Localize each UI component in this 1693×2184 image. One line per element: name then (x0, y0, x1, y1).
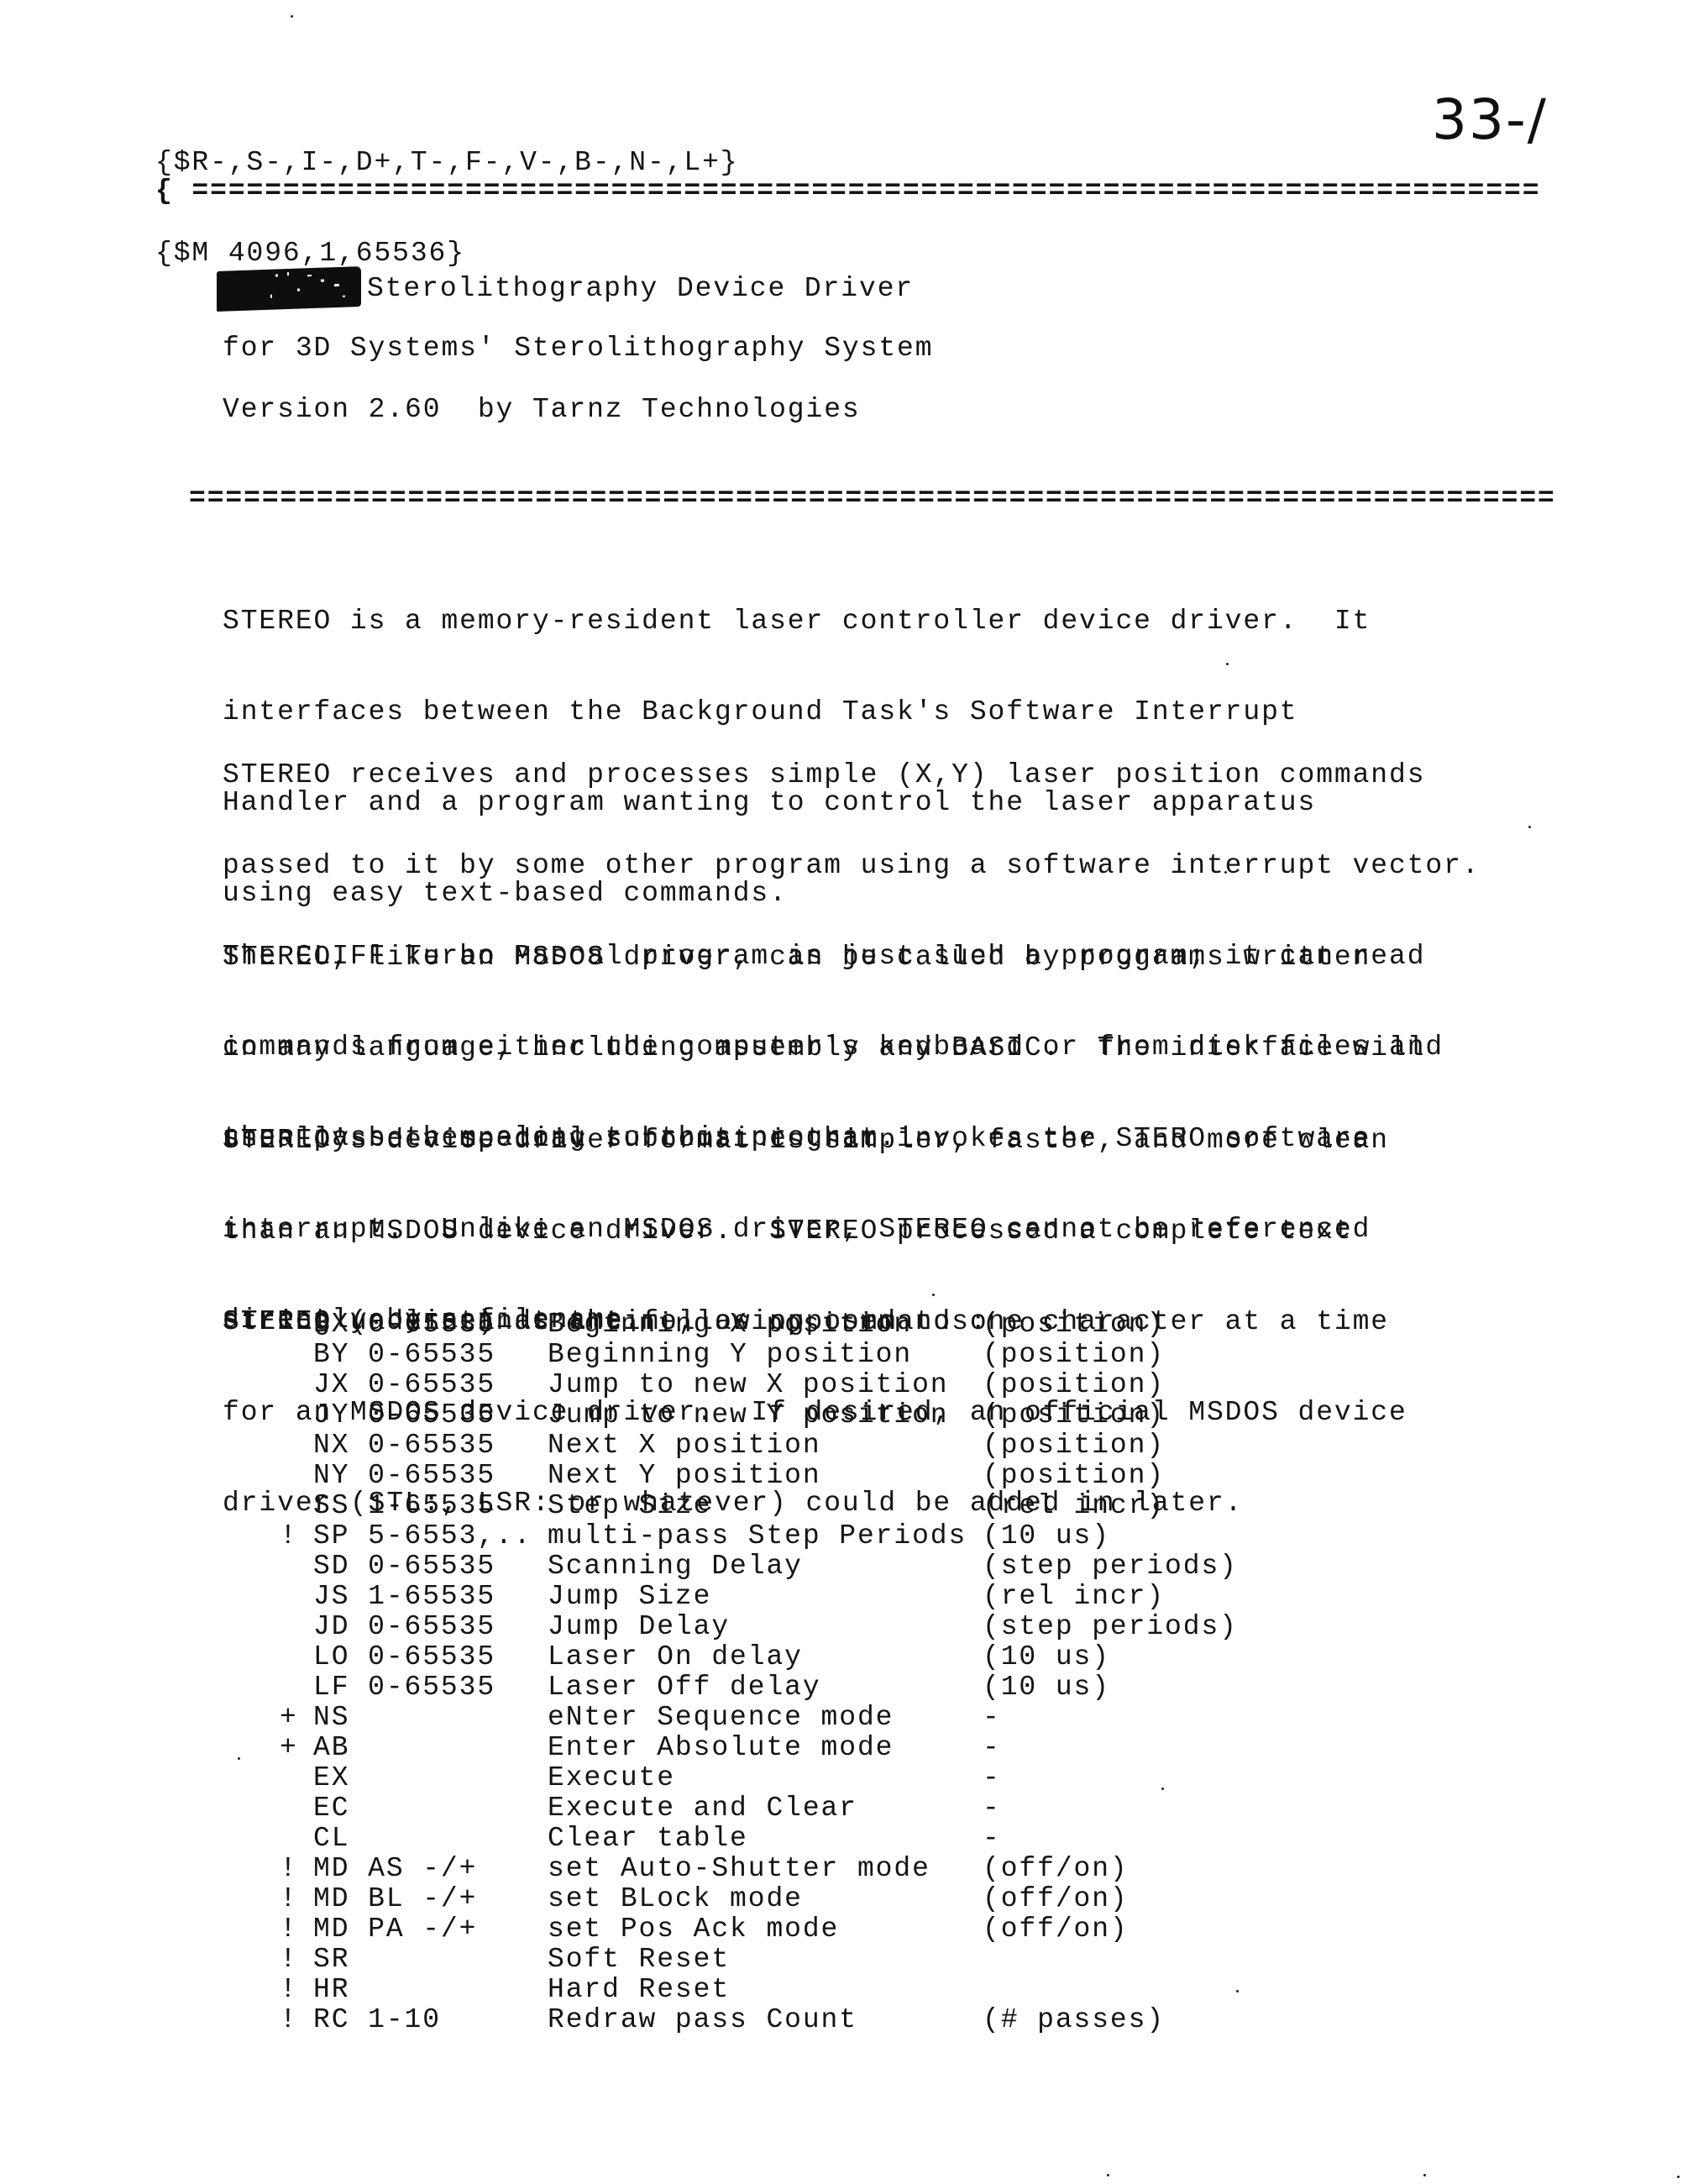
command-code: CL (313, 1824, 349, 1854)
command-description: set Pos Ack mode (548, 1914, 839, 1945)
command-unit: (# passes) (983, 2005, 1165, 2035)
paragraph-line: than an MSDOS device driver. STEREO proc… (223, 1216, 1407, 1247)
command-description: Soft Reset (548, 1945, 730, 1975)
command-code: LO 0-65535 (313, 1642, 495, 1672)
command-unit: - (983, 1763, 1001, 1793)
command-unit: (step periods) (983, 1551, 1238, 1582)
paragraph-line: STEREO, like an MSDOS driver, can be cal… (223, 942, 1425, 973)
command-description: Next Y position (548, 1461, 821, 1491)
command-code: EX (313, 1763, 349, 1793)
scan-speck (1677, 2176, 1680, 2178)
command-code: SP 5-6553,.. (313, 1521, 532, 1551)
command-unit: (position) (983, 1370, 1165, 1400)
command-description: multi-pass Step Periods (548, 1521, 967, 1551)
command-description: Next X position (548, 1431, 821, 1461)
directive-line: {$R-,S-,I-,D+,T-,F-,V-,B-,N-,L+} (155, 148, 739, 178)
command-code: SS 1-65535 (313, 1491, 495, 1521)
paragraph-line: passed to it by some other program using… (223, 851, 1481, 881)
paragraph-line: STEREO receives and processes simple (X,… (223, 760, 1481, 790)
command-description: Execute and Clear (548, 1793, 857, 1824)
scan-speck (1161, 1788, 1164, 1790)
command-description: set Auto-Shutter mode (548, 1854, 930, 1884)
command-unit: (10 us) (983, 1672, 1110, 1703)
scan-speck (1528, 826, 1531, 828)
scan-speck (238, 1757, 240, 1760)
row-marker: ! (280, 1854, 298, 1884)
scan-speck (291, 15, 293, 18)
command-unit: (off/on) (983, 1914, 1129, 1945)
command-unit: - (983, 1703, 1001, 1733)
paragraph-line: in any language, including assembly and … (223, 1033, 1425, 1063)
command-code: NX 0-65535 (313, 1431, 495, 1461)
paragraph-line: STEREO is a memory-resident laser contro… (223, 606, 1371, 637)
command-unit: (rel incr) (983, 1582, 1165, 1612)
command-unit: - (983, 1733, 1001, 1763)
command-code: BY 0-65535 (313, 1340, 495, 1370)
command-code: RC 1-10 (313, 2005, 441, 2035)
redaction-mark (217, 266, 361, 312)
scan-speck (1423, 2174, 1426, 2176)
command-description: eNter Sequence mode (548, 1703, 894, 1733)
command-description: Jump Delay (548, 1612, 730, 1642)
command-description: Laser On delay (548, 1642, 803, 1672)
command-description: Clear table (548, 1824, 748, 1854)
command-unit: (position) (983, 1310, 1165, 1340)
command-description: Hard Reset (548, 1975, 730, 2005)
command-description: Scanning Delay (548, 1551, 803, 1582)
command-unit: (step periods) (983, 1612, 1238, 1642)
row-marker: ! (280, 1884, 298, 1914)
command-code: SD 0-65535 (313, 1551, 495, 1582)
command-unit: (position) (983, 1340, 1165, 1370)
doc-subtitle: for 3D Systems' Sterolithography System (223, 333, 933, 364)
command-code: EC (313, 1793, 349, 1824)
doc-title: Sterolithography Device Driver (367, 274, 914, 304)
command-description: Jump to new X position (548, 1370, 948, 1400)
command-code: AB (313, 1733, 349, 1763)
scan-speck (1224, 871, 1227, 874)
command-unit: (position) (983, 1400, 1165, 1431)
scan-speck (1226, 663, 1229, 665)
command-unit: (off/on) (983, 1884, 1129, 1914)
command-description: Enter Absolute mode (548, 1733, 894, 1763)
command-description: set BLock mode (548, 1884, 803, 1914)
command-code: MD BL -/+ (313, 1884, 477, 1914)
row-marker: ! (280, 1975, 298, 2005)
command-code: MD PA -/+ (313, 1914, 477, 1945)
command-code: SR (313, 1945, 349, 1975)
command-unit: (position) (983, 1431, 1165, 1461)
command-unit: (10 us) (983, 1642, 1110, 1672)
command-description: Beginning X position (548, 1310, 912, 1340)
command-code: LF 0-65535 (313, 1672, 495, 1703)
command-unit: - (983, 1824, 1001, 1854)
command-code: BX 0-65535 (313, 1310, 495, 1340)
paragraph-line: STEREO's device driver format is simpler… (223, 1126, 1407, 1156)
row-marker: + (280, 1733, 298, 1763)
doc-version: Version 2.60 by Tarnz Technologies (223, 395, 861, 425)
command-description: Laser Off delay (548, 1672, 821, 1703)
command-code: HR (313, 1975, 349, 2005)
command-description: Beginning Y position (548, 1340, 912, 1370)
scan-speck (1107, 2174, 1109, 2176)
directive-line: {$M 4096,1,65536} (155, 239, 739, 269)
row-marker: ! (280, 1521, 298, 1551)
command-description: Execute (548, 1763, 675, 1793)
command-code: NS (313, 1703, 349, 1733)
command-description: Step Size (548, 1491, 711, 1521)
command-description: Jump to new Y position (548, 1400, 948, 1431)
command-code: JY 0-65535 (313, 1400, 495, 1431)
command-code: JX 0-65535 (313, 1370, 495, 1400)
scan-speck (1236, 1990, 1239, 1992)
command-description: Jump Size (548, 1582, 711, 1612)
row-marker: + (280, 1703, 298, 1733)
command-code: MD AS -/+ (313, 1854, 477, 1884)
separator-top: { ======================================… (155, 176, 1559, 207)
row-marker: ! (280, 2005, 298, 2035)
page-number: 33-/ (1432, 91, 1548, 150)
command-code: JD 0-65535 (313, 1612, 495, 1642)
row-marker: ! (280, 1945, 298, 1975)
command-unit: (off/on) (983, 1854, 1129, 1884)
scan-speck (932, 1294, 935, 1296)
command-unit: (position) (983, 1461, 1165, 1491)
row-marker: ! (280, 1914, 298, 1945)
command-unit: - (983, 1793, 1001, 1824)
command-code: NY 0-65535 (313, 1461, 495, 1491)
command-unit: (10 us) (983, 1521, 1110, 1551)
command-description: Redraw pass Count (548, 2005, 857, 2035)
command-unit: (rel incr) (983, 1491, 1165, 1521)
separator-bottom: ========================================… (189, 484, 1559, 514)
command-code: JS 1-65535 (313, 1582, 495, 1612)
